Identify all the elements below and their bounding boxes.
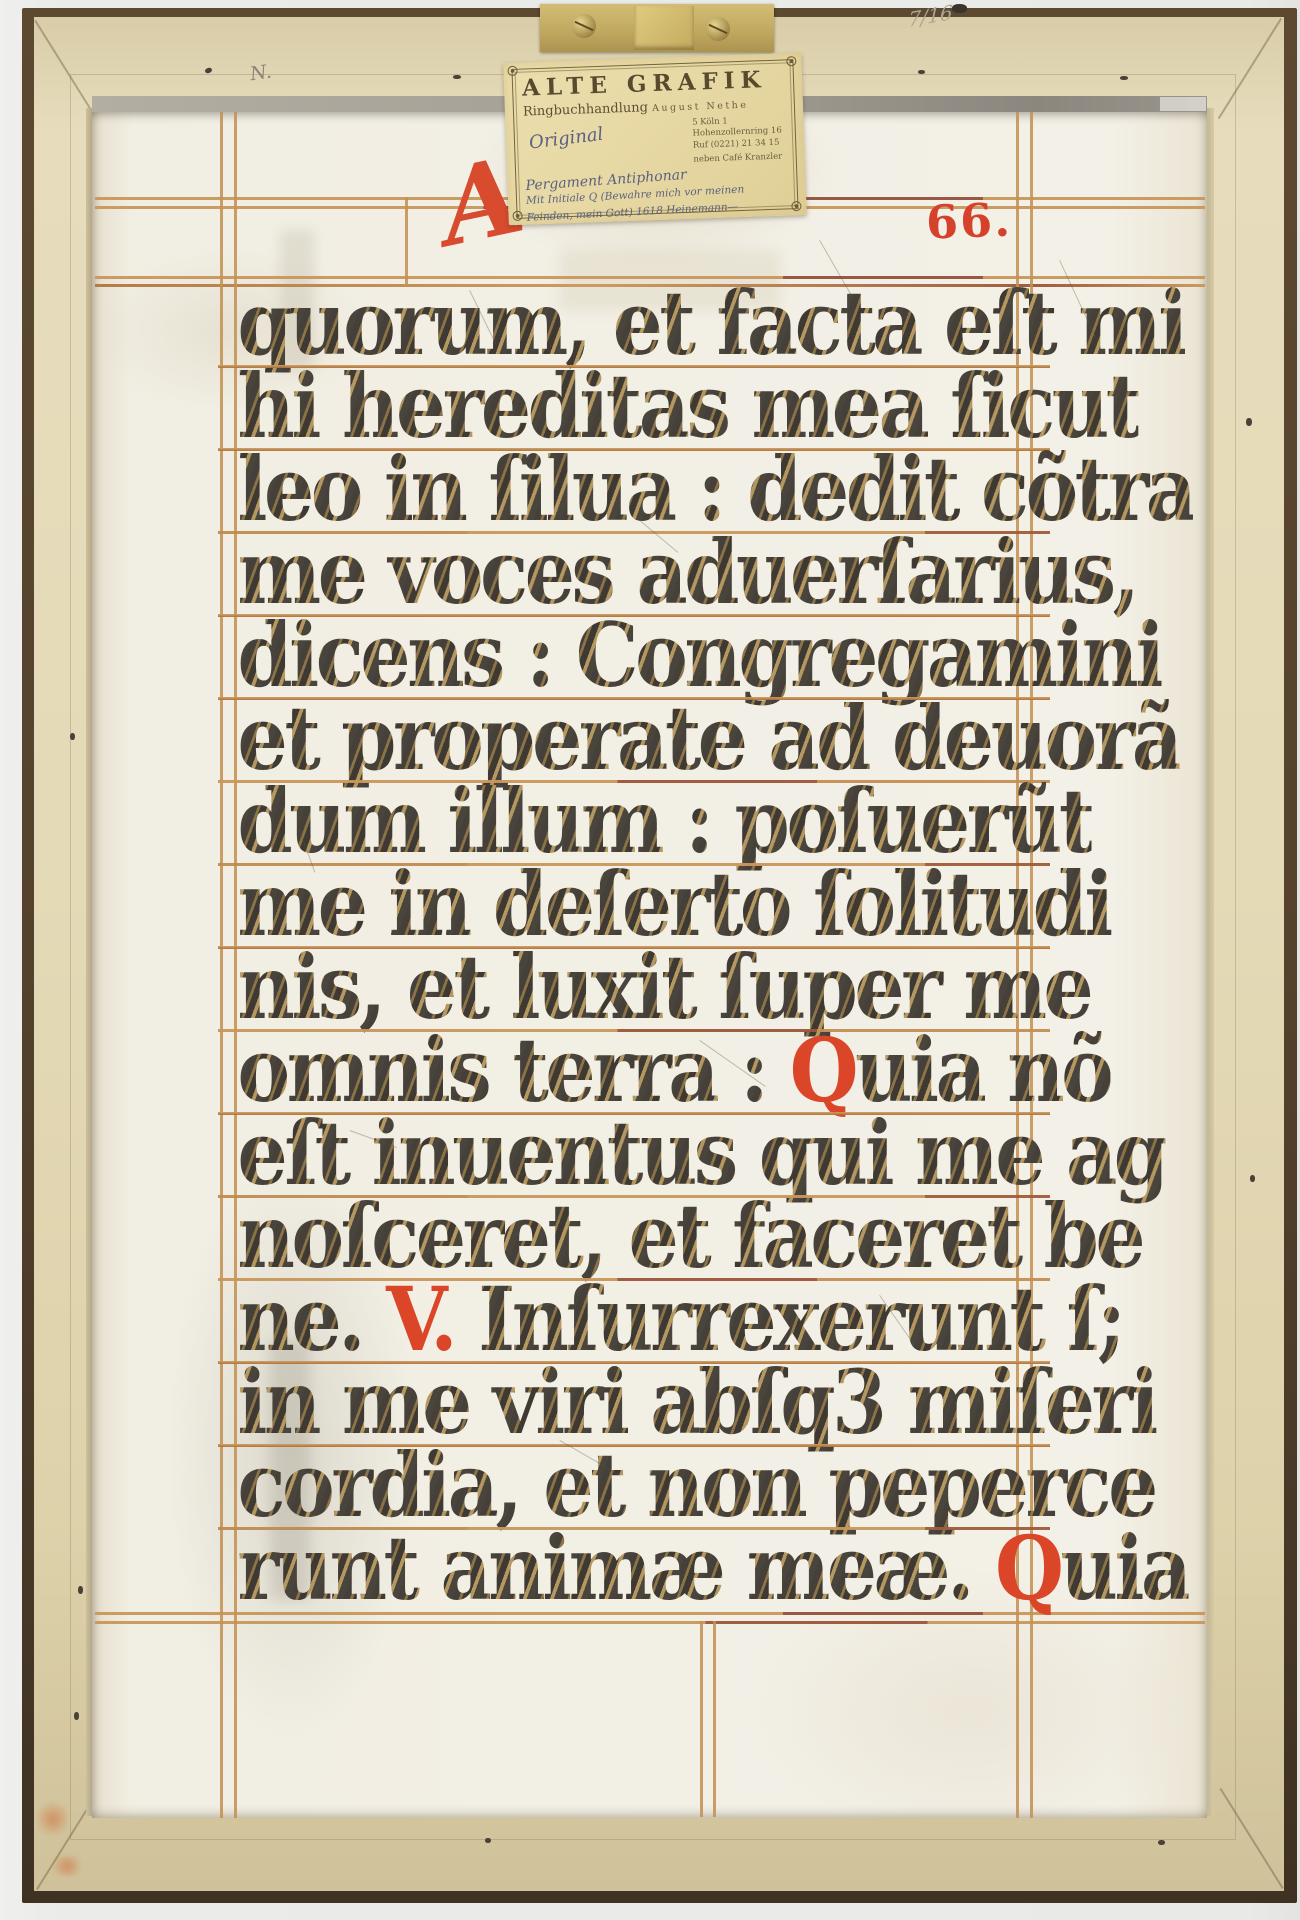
label-address-line: Ruf (0221) 21 34 15 [693, 138, 783, 153]
photo-of-framed-manuscript: A 66. quorum, et facta eſt mihi heredita… [0, 0, 1300, 1920]
label-proprietor: August Nethe [652, 100, 749, 114]
manuscript-line-text: dum illum : poſuerũt [214, 781, 1092, 861]
guide-rule [713, 1621, 716, 1817]
manuscript-line-text: in me viri abſq3 miſeri [214, 1362, 1156, 1442]
nail-mark [70, 733, 75, 740]
nail-mark [74, 1712, 79, 1720]
nail-mark [78, 1586, 83, 1594]
manuscript-line-text: dicens : Congregamini [214, 615, 1162, 695]
label-address: 5 Köln 1Hohenzollernring 16Ruf (0221) 21… [692, 115, 783, 167]
manuscript-line-text: eſt inuentus qui me ag [214, 1113, 1165, 1193]
body-text: uia [1060, 1516, 1188, 1620]
nail-mark [485, 1838, 491, 1843]
paint-smudge [38, 1798, 68, 1840]
nail-mark [918, 70, 925, 74]
glass-reflection [1160, 97, 1206, 111]
nail-mark [1158, 1840, 1165, 1845]
manuscript-text-block: quorum, et facta eſt mihi hereditas mea … [214, 283, 1046, 1611]
screw-head-icon [572, 14, 596, 38]
brass-hanger-plate [540, 4, 774, 52]
paint-smudge [48, 1856, 86, 1876]
rubric-text: Q [995, 1516, 1060, 1620]
nail-mark [1246, 418, 1252, 426]
body-text: runt animæ meæ. [237, 1516, 995, 1620]
nail-mark [1120, 76, 1128, 80]
manuscript-line-text: me voces aduerſarius, [214, 532, 1137, 612]
hanger-tab [634, 6, 694, 50]
manuscript-line-text: omnis terra : Quia nõ [214, 1030, 1110, 1110]
manuscript-line-text: hi hereditas mea ſicut [214, 366, 1139, 446]
label-subtitle-text: Ringbuchhandlung [523, 100, 648, 119]
folio-number: 66. [925, 193, 1013, 250]
manuscript-line-text: cordia, et non peperce [214, 1445, 1155, 1525]
manuscript-line-text: nis, et luxit ſuper me [214, 947, 1090, 1027]
manuscript-line: runt animæ meæ. Quia [214, 1528, 1046, 1611]
frame-inner-edge-right [1207, 108, 1214, 1816]
label-content: ALTE GRAFIK Ringbuchhandlung August Neth… [503, 53, 806, 225]
nail-mark [1250, 1175, 1255, 1182]
manuscript-line-text: noſceret, et faceret be [214, 1196, 1142, 1276]
pencil-mark-left: N. [249, 61, 273, 86]
guide-rule [700, 1621, 703, 1817]
handwritten-original: Original [528, 124, 607, 176]
ruling-line [95, 1621, 1205, 1624]
manuscript-line-text: me in deſerto ſolitudi [214, 864, 1111, 944]
manuscript-line-text: et properate ad deuorã [214, 698, 1180, 778]
manuscript-line-text: runt animæ meæ. Quia [214, 1528, 1189, 1608]
manuscript-line-text: leo in ſilua : dedit cõtra [214, 449, 1194, 529]
dealer-label: ALTE GRAFIK Ringbuchhandlung August Neth… [503, 53, 806, 225]
dark-speck [952, 4, 967, 13]
screw-head-icon [706, 17, 730, 41]
nail-mark [453, 75, 461, 79]
manuscript-line-text: ne. V. Inſurrexerunt ſ; [214, 1279, 1123, 1359]
manuscript-line-text: quorum, et facta eſt mi [214, 283, 1185, 363]
